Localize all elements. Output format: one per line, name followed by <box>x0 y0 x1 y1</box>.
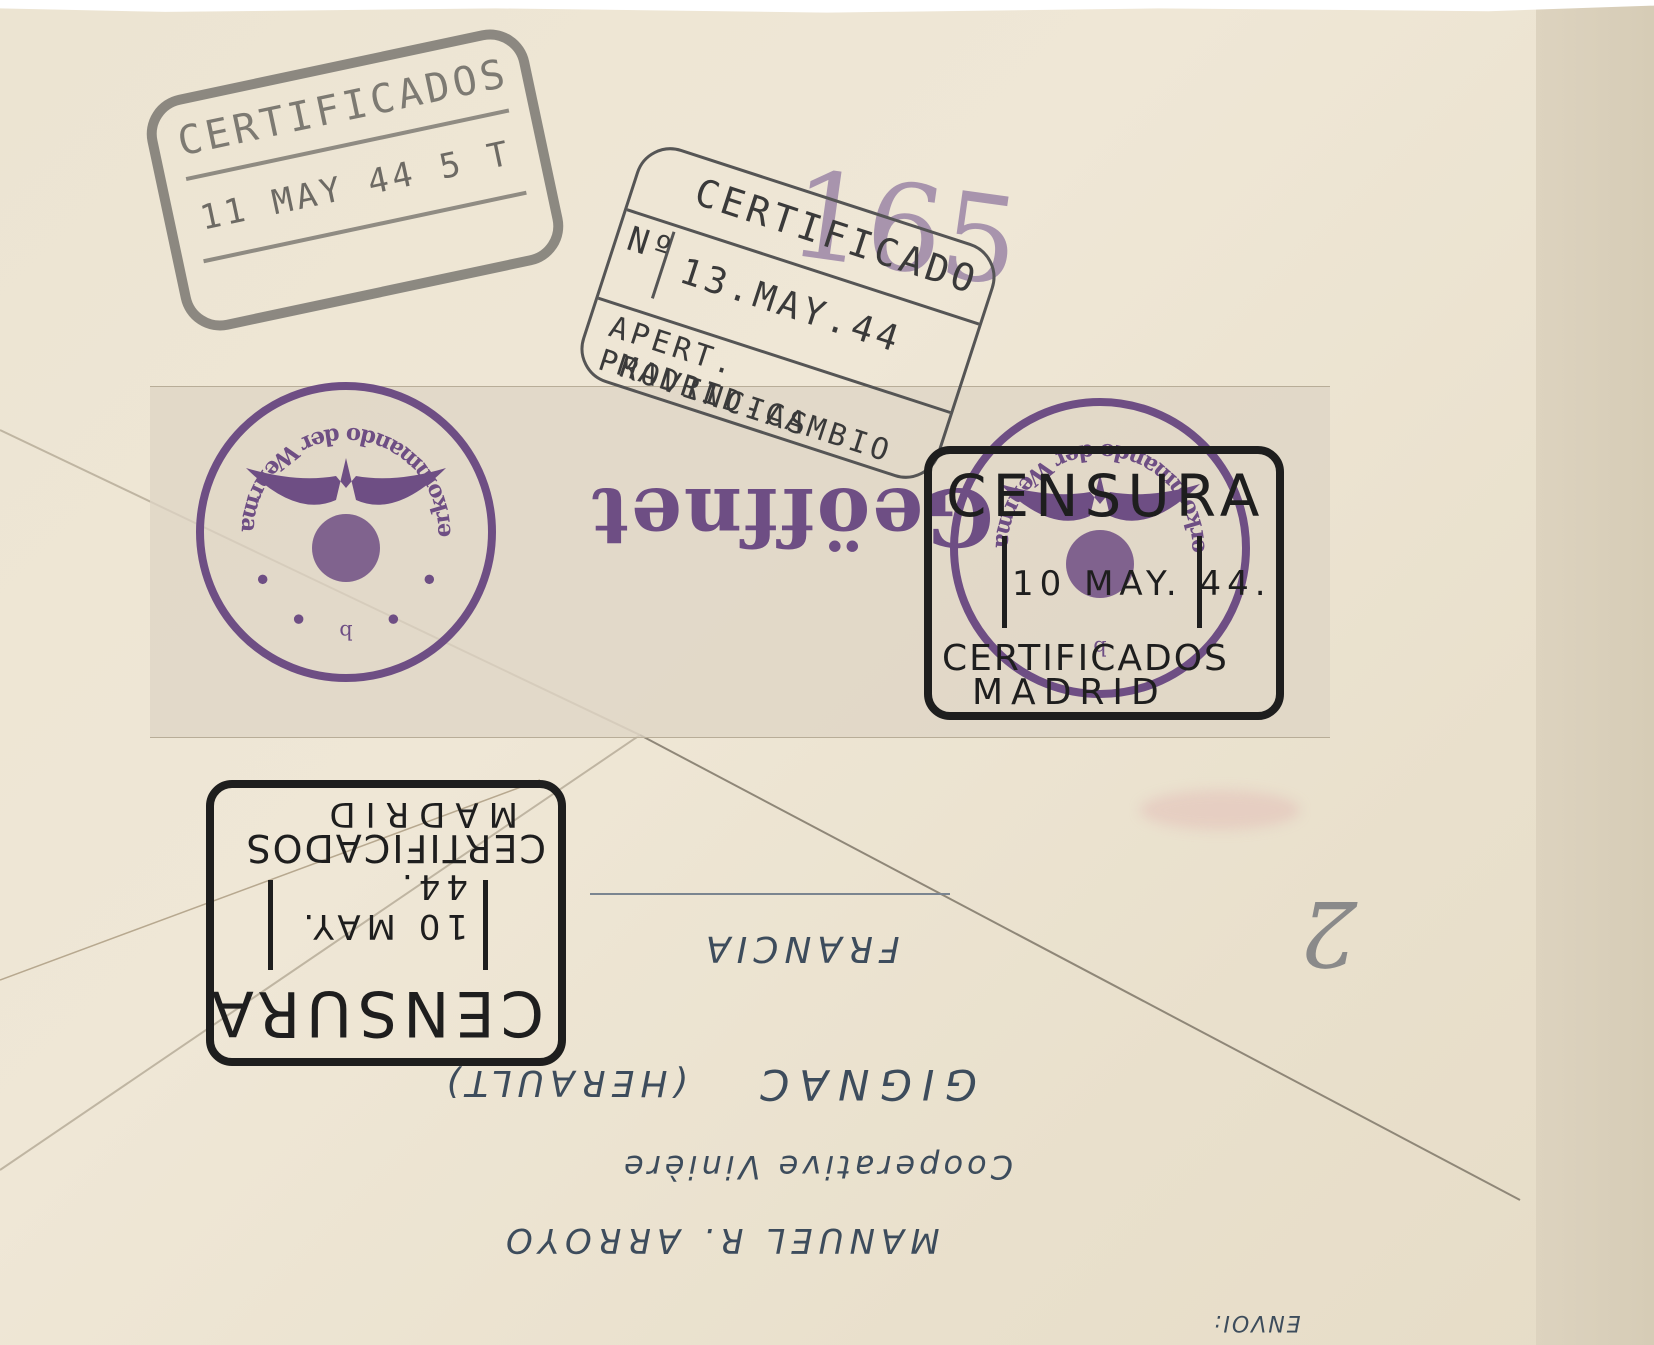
censura-madrid-stamp-right: CENSURA 10 MAY. 44. CERTIFICADOS MADRID <box>924 446 1284 720</box>
handwritten-addressee: Cooperative Vinière <box>620 1148 1013 1186</box>
envelope-back: 165 CERTIFICADOS 11 MAY 44 5 T CERTIFICA… <box>0 0 1654 1345</box>
censura-date: 10 MAY. 44. <box>1012 564 1272 604</box>
wehrmacht-censor-seal-left: Oberkommando der Wehrmacht b <box>196 382 496 682</box>
pencil-numeral: 2 <box>1300 880 1357 985</box>
censura-date: 10 MAY. 44. <box>214 866 468 946</box>
pink-ink-smudge <box>1140 790 1300 830</box>
handwritten-country: FRANCIA <box>700 928 900 969</box>
handwritten-sender-prefix: ENVOI: <box>1212 1310 1301 1335</box>
censura-madrid-stamp-left-inverted: CENSURA 10 MAY. 44. CERTIFICADOS MADRID <box>206 780 566 1066</box>
svg-text:b: b <box>339 620 352 644</box>
censura-madrid-label: MADRID <box>972 672 1167 713</box>
censura-title: CENSURA <box>946 462 1265 530</box>
censura-title: CENSURA <box>205 977 544 1050</box>
handwritten-sender-name: MANUEL R. ARROYO <box>500 1220 940 1260</box>
censura-madrid-label: MADRID <box>319 794 518 834</box>
pen-underline <box>590 893 950 895</box>
handwritten-department: (HERAULT) <box>440 1062 688 1103</box>
eagle-wings-emblem <box>236 448 456 588</box>
handwritten-town: GIGNAC <box>750 1060 977 1109</box>
